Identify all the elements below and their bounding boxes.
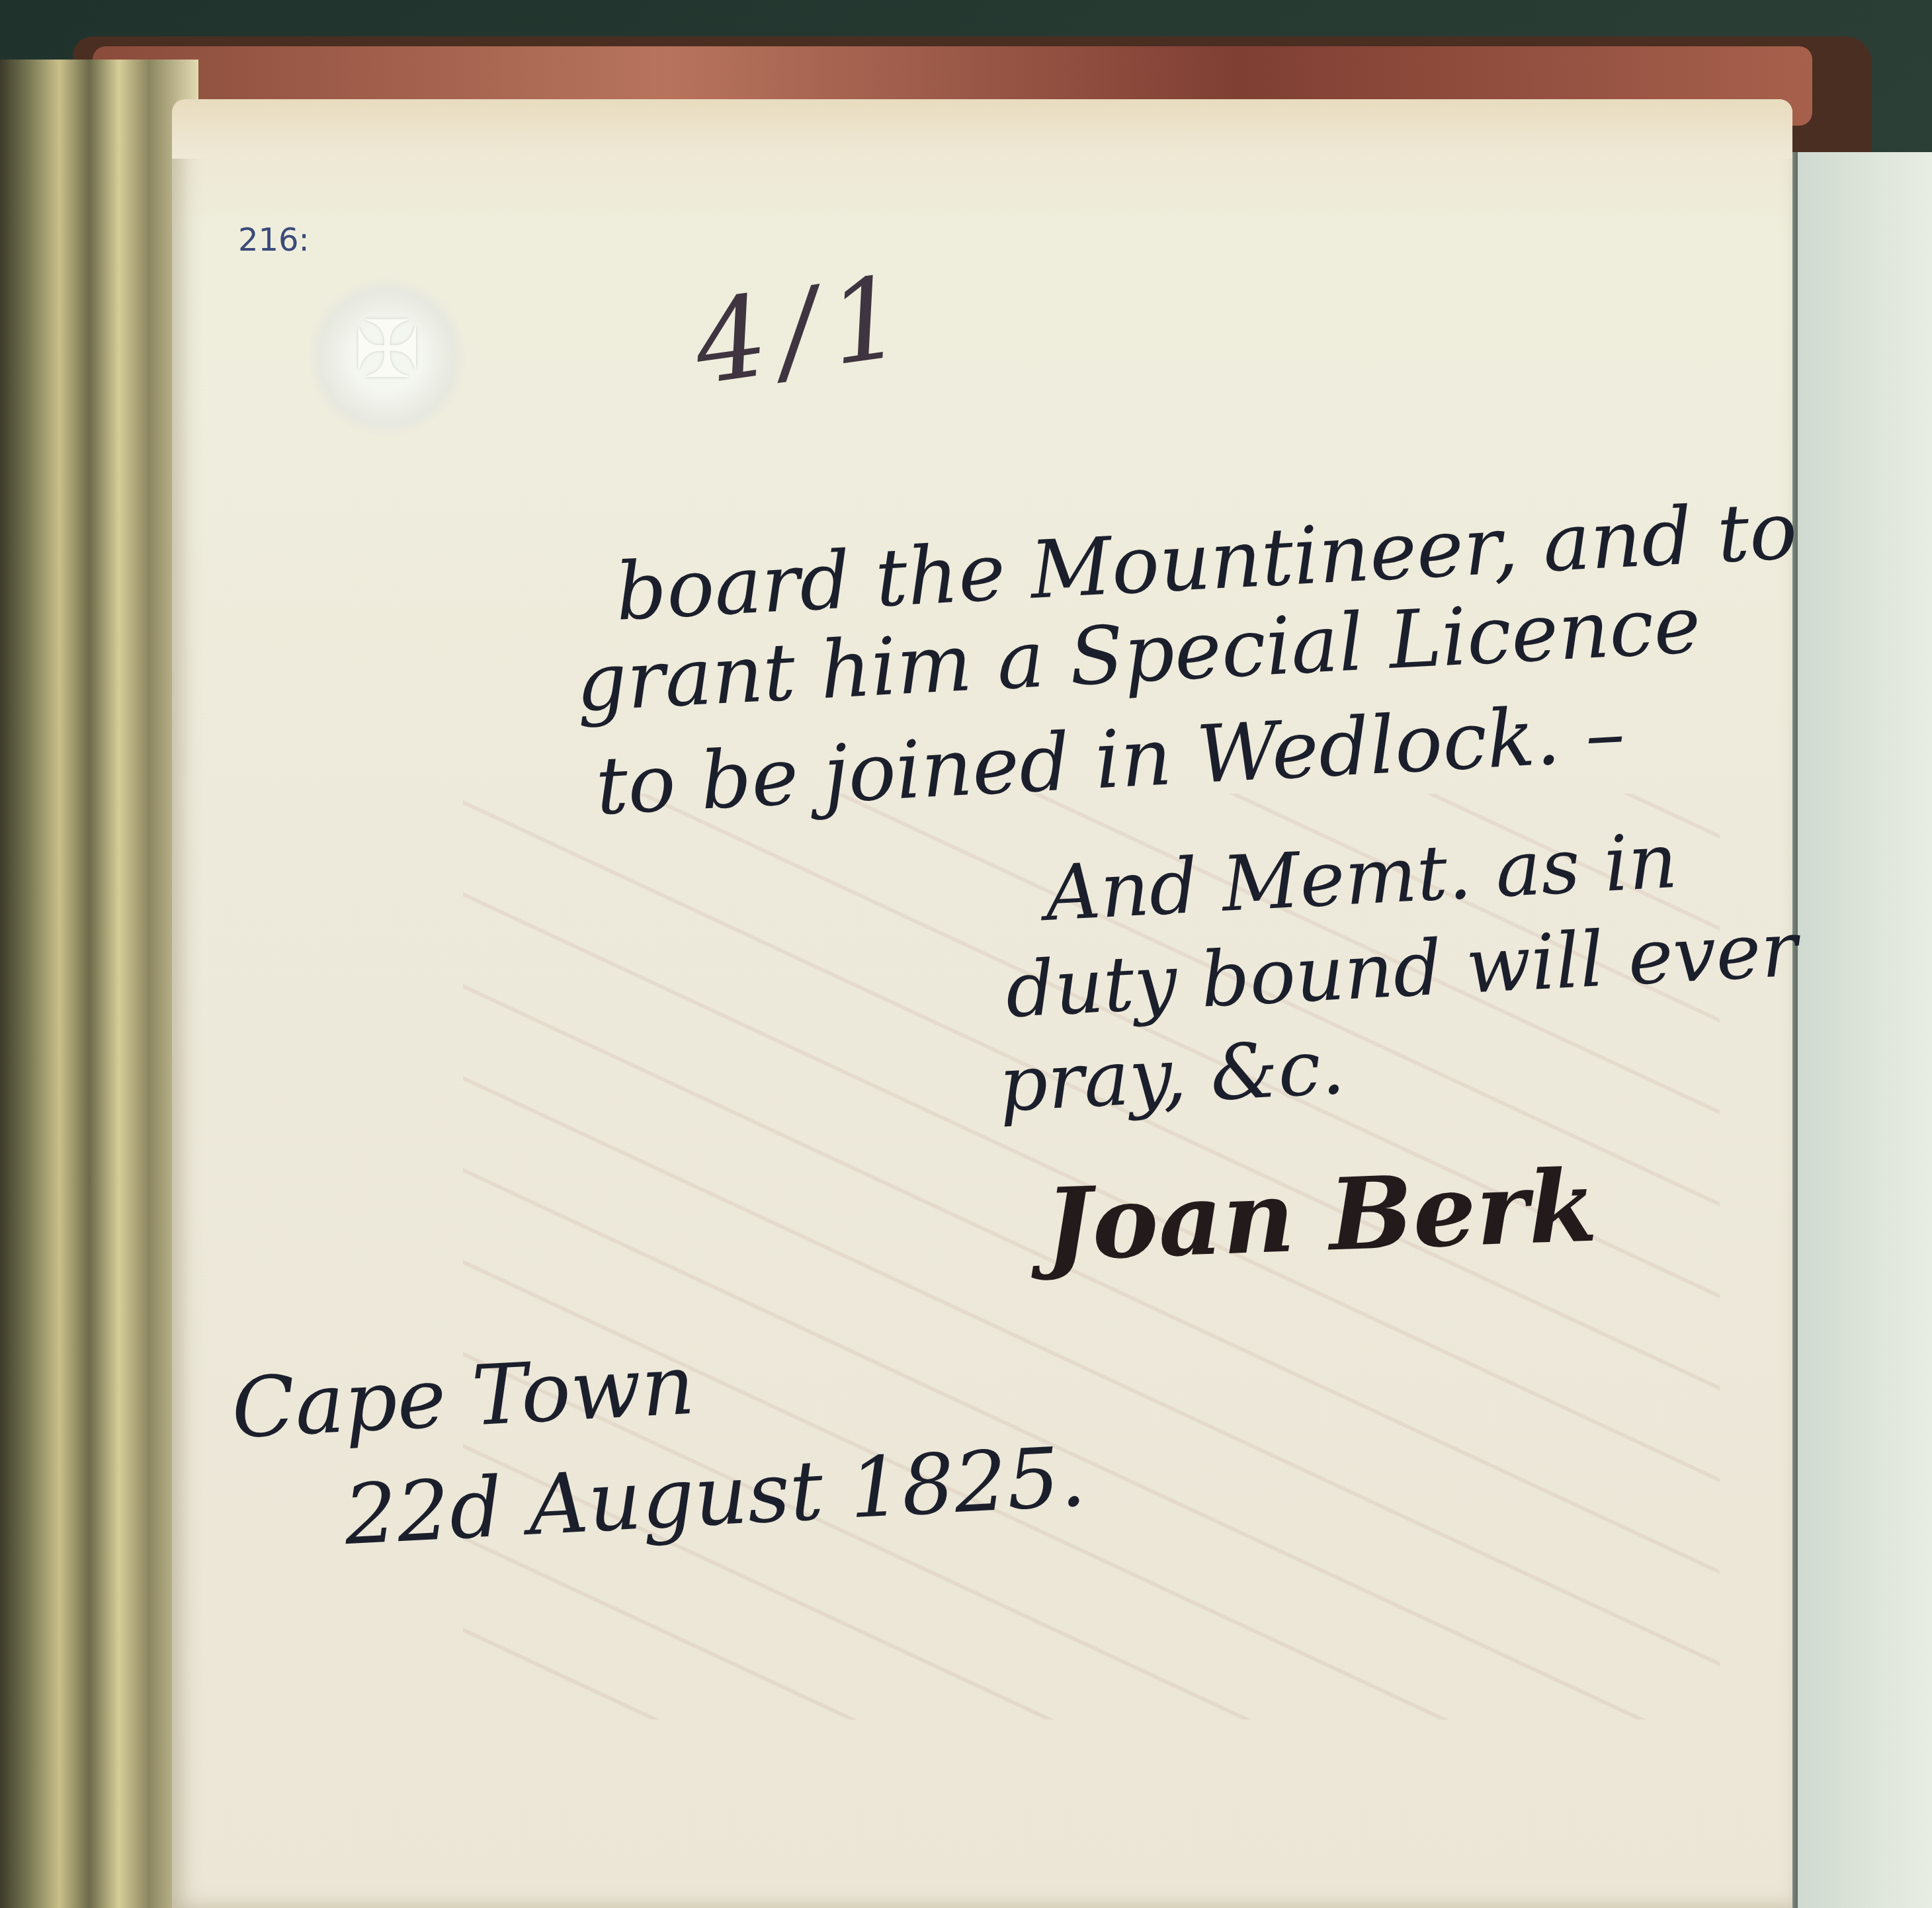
page-number: 216:	[238, 222, 310, 259]
text-line-6: pray, &c.	[997, 1022, 1347, 1129]
page-stack-edge	[0, 60, 198, 1908]
seal-monogram-icon: ✠	[354, 304, 421, 396]
signature: Joan Berk	[1043, 1147, 1599, 1283]
facing-page	[1792, 152, 1932, 1908]
page-top-edge	[172, 99, 1792, 159]
